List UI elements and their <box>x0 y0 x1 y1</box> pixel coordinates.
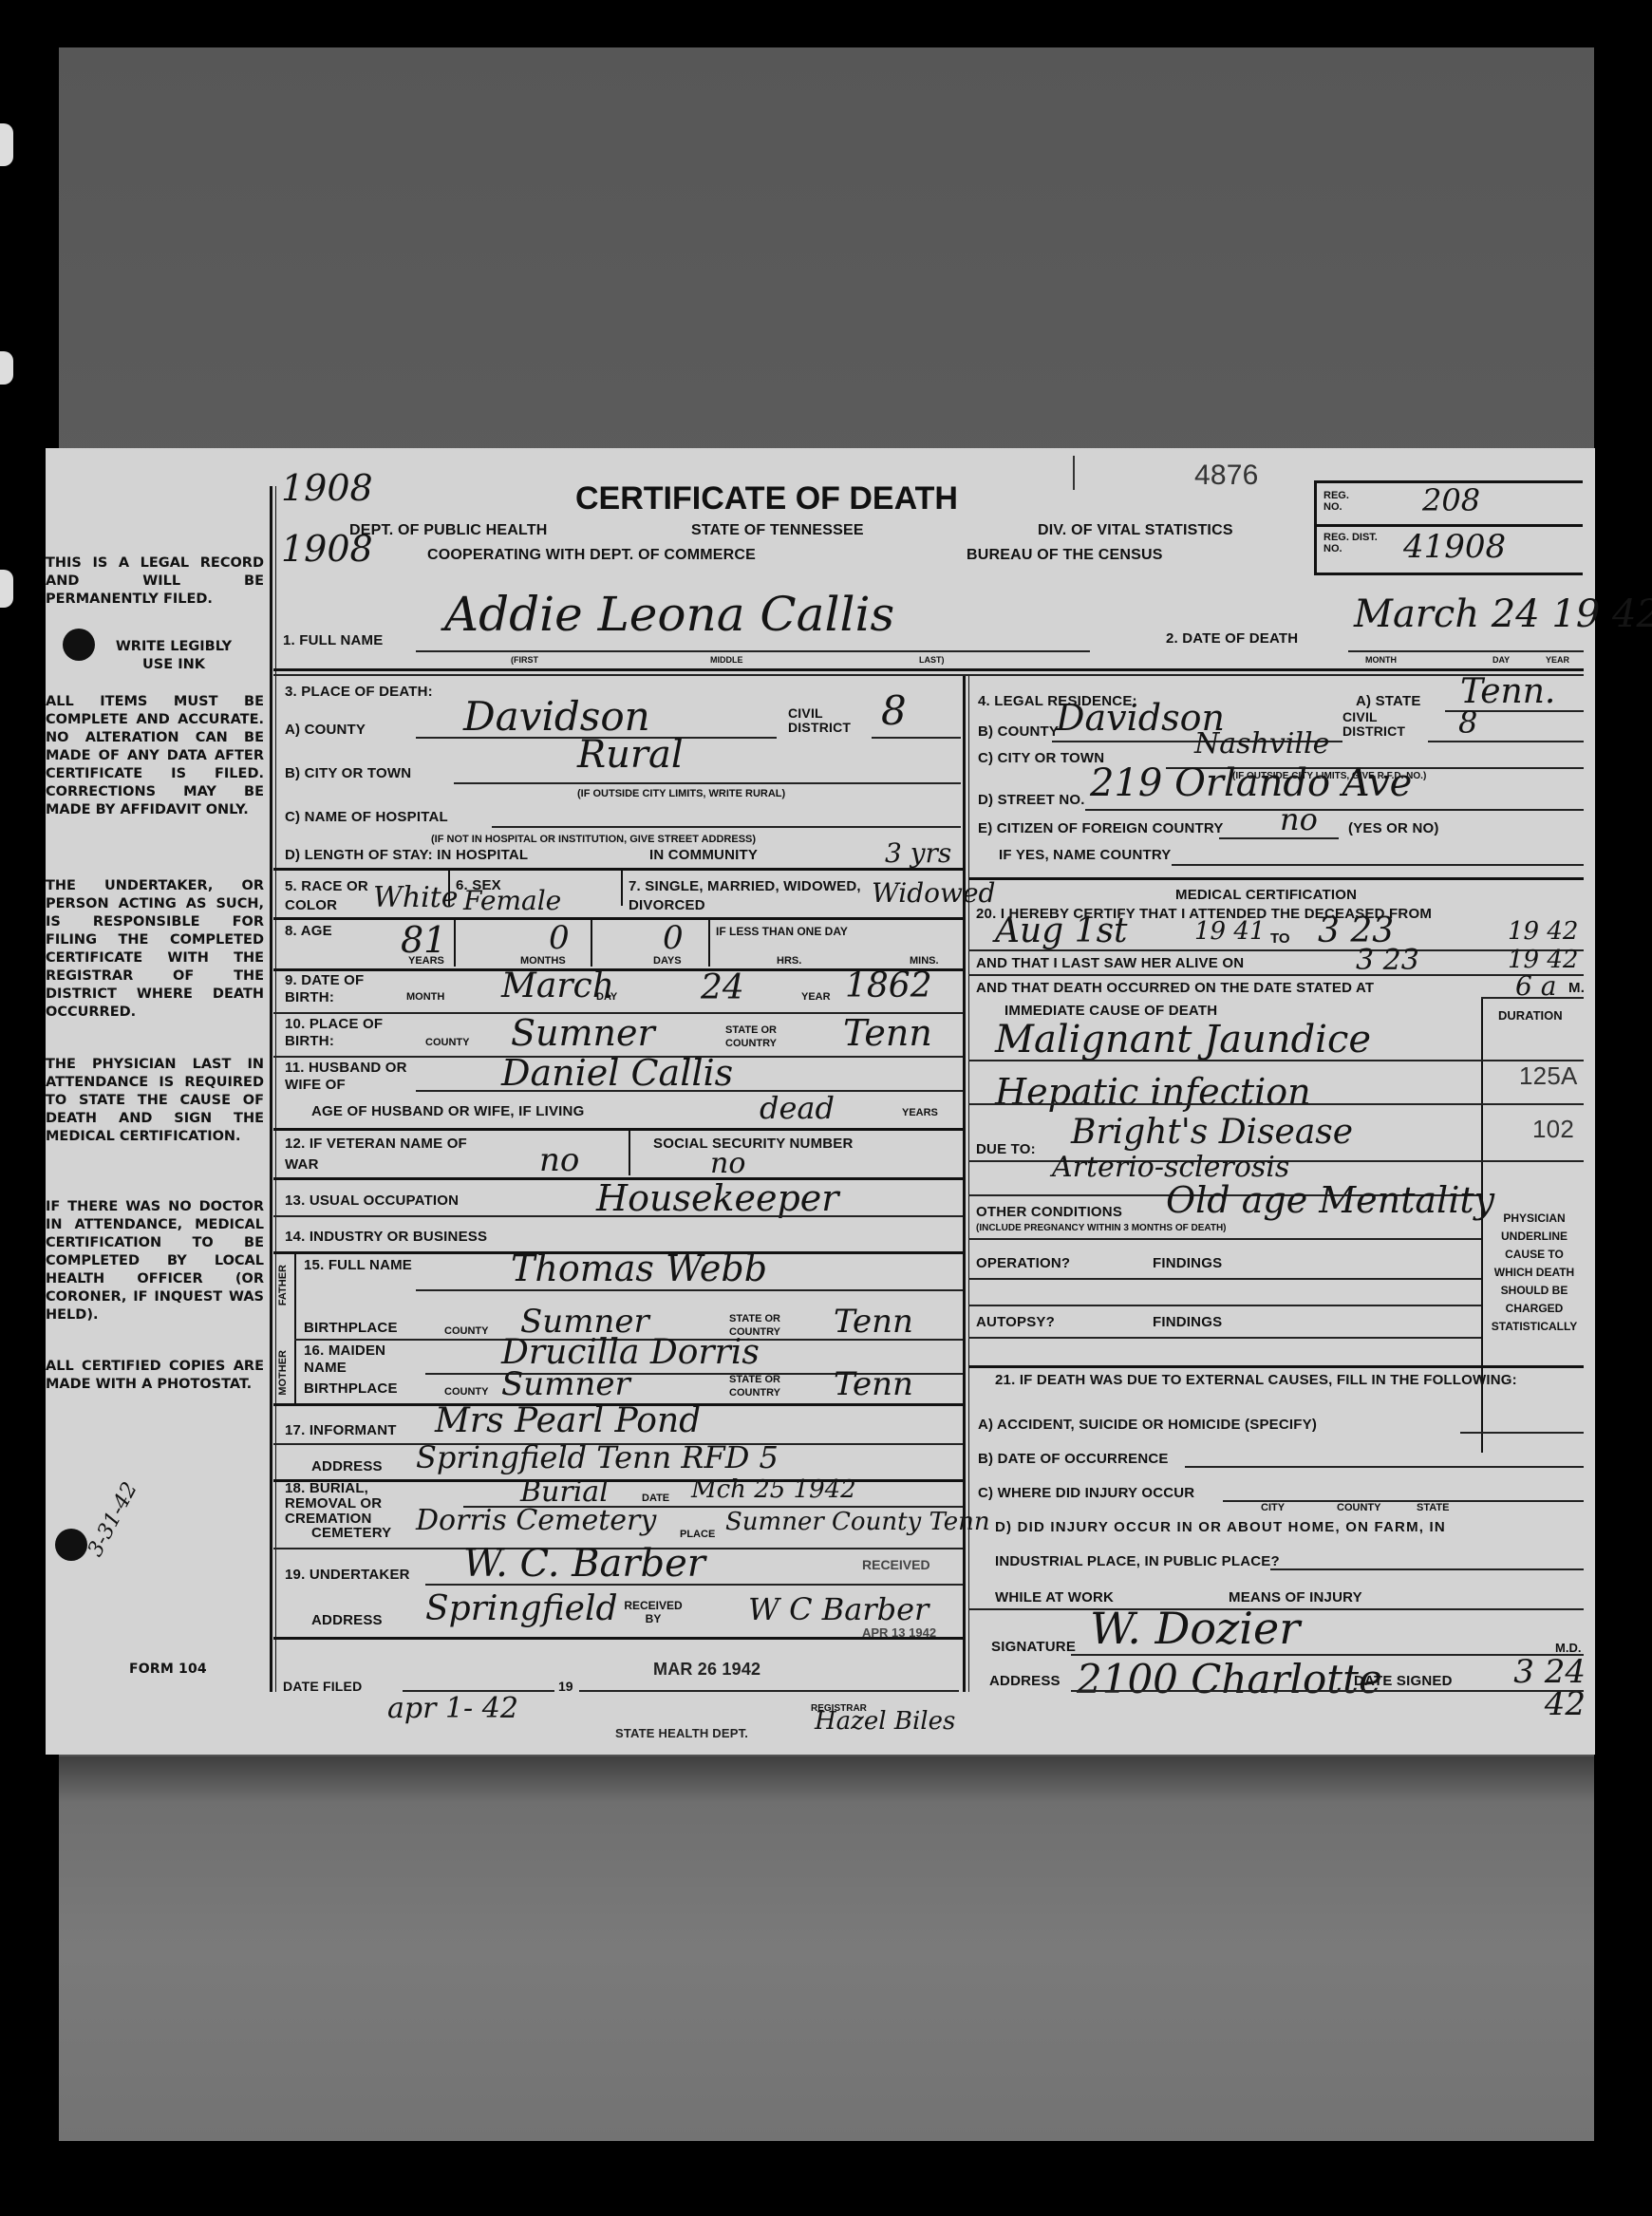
physician-address-value: 2100 Charlotte <box>1077 1656 1382 1702</box>
cell-divider <box>621 870 623 906</box>
occupation-label: 13. USUAL OCCUPATION <box>285 1193 459 1209</box>
hrs-label: HRS. <box>777 955 801 967</box>
reg-no-label: REG. NO. <box>1323 490 1361 513</box>
due-to-value: Bright's Disease <box>1071 1113 1353 1152</box>
spouse-age-value: dead <box>760 1090 835 1126</box>
underline <box>968 1337 1481 1339</box>
cell-divider <box>454 919 456 967</box>
father-state-value: Tenn <box>834 1303 913 1341</box>
date-filed-value: apr 1- 42 <box>387 1692 518 1725</box>
medical-cert-title: MEDICAL CERTIFICATION <box>1175 887 1357 903</box>
injury-state-label: STATE <box>1417 1502 1449 1513</box>
place-label: PLACE <box>680 1529 715 1540</box>
underline <box>1270 1568 1584 1570</box>
other-conditions-note: (INCLUDE PREGNANCY WITHIN 3 MONTHS OF DE… <box>976 1223 1227 1233</box>
community-value: 3 yrs <box>885 837 951 869</box>
sub-year: YEAR <box>1546 655 1569 665</box>
other-conditions-value: Old age Mentality <box>1166 1179 1494 1221</box>
physician-signature: W. Dozier <box>1090 1603 1300 1654</box>
underline <box>968 974 1584 976</box>
mother-birthplace-label: BIRTHPLACE <box>304 1380 398 1397</box>
operation-findings-label: FINDINGS <box>1153 1255 1222 1271</box>
header-cooperating: COOPERATING WITH DEPT. OF COMMERCE <box>427 547 756 564</box>
reg-dist-value: 41908 <box>1403 528 1506 566</box>
underline <box>425 1584 963 1586</box>
mother-state-value: Tenn <box>834 1365 913 1403</box>
registration-divider <box>1314 524 1583 527</box>
father-name-value: Thomas Webb <box>511 1248 767 1289</box>
informant-value: Mrs Pearl Pond <box>435 1401 701 1440</box>
undertaker-address-value: Springfield <box>425 1589 618 1628</box>
cell-divider <box>294 1251 296 1403</box>
occurrence-date-label: B) DATE OF OCCURRENCE <box>978 1451 1169 1467</box>
last-saw-value: 3 23 <box>1356 944 1419 977</box>
date-of-death-value: March 24 19 42 <box>1354 592 1652 636</box>
age-days-value: 0 <box>663 919 684 957</box>
race-value: White <box>373 881 459 914</box>
sidebar-legibly-note: WRITE LEGIBLY USE INK <box>103 638 245 674</box>
street-value: 219 Orlando Ave <box>1090 761 1412 805</box>
margin-note-year: 1908 <box>281 467 373 509</box>
external-causes-label: 21. IF DEATH WAS DUE TO EXTERNAL CAUSES,… <box>995 1373 1574 1388</box>
county-label: A) COUNTY <box>285 722 366 738</box>
underline <box>492 826 961 828</box>
veteran-value: no <box>539 1141 579 1179</box>
marital-status-label: 7. SINGLE, MARRIED, WIDOWED, DIVORCED <box>629 877 894 915</box>
name-country-label: IF YES, NAME COUNTRY <box>999 847 1172 863</box>
mother-county-value: Sumner <box>501 1365 630 1403</box>
sidebar-photostat-note: ALL CERTIFIED COPIES ARE MADE WITH A PHO… <box>46 1358 264 1394</box>
date-signed-label: DATE SIGNED <box>1354 1673 1453 1689</box>
immediate-cause-value-2: Hepatic infection <box>995 1071 1311 1113</box>
header-state: STATE OF TENNESSEE <box>691 522 864 539</box>
age-label: 8. AGE <box>285 923 332 939</box>
section-rule <box>968 1365 1584 1368</box>
birth-state-value: Tenn <box>843 1012 932 1054</box>
birth-year-label: YEAR <box>801 991 831 1003</box>
ssn-value: no <box>710 1147 745 1180</box>
death-time-m: M. <box>1568 980 1585 996</box>
informant-address-label: ADDRESS <box>311 1458 383 1474</box>
attended-to-year: 19 42 <box>1508 917 1578 946</box>
underline <box>1219 837 1339 839</box>
residence-state-label: A) STATE <box>1356 693 1421 709</box>
underline <box>1460 1432 1584 1434</box>
signature-label: SIGNATURE <box>991 1639 1076 1655</box>
immediate-cause-label: IMMEDIATE CAUSE OF DEATH <box>1004 1003 1217 1019</box>
birth-county-value: Sumner <box>511 1012 655 1054</box>
underline <box>968 1305 1481 1306</box>
section-rule <box>968 877 1584 880</box>
punch-hole <box>55 1529 87 1561</box>
residence-civil-value: 8 <box>1458 704 1477 741</box>
marital-status-value: Widowed <box>872 877 995 909</box>
section-rule <box>273 668 1584 671</box>
section-rule <box>273 917 963 920</box>
residence-city-value: Nashville <box>1194 727 1329 761</box>
cell-divider <box>629 1130 630 1175</box>
spouse-label: 11. HUSBAND OR WIFE OF <box>285 1060 408 1094</box>
industry-label: 14. INDUSTRY OR BUSINESS <box>285 1229 487 1245</box>
hospital-label: C) NAME OF HOSPITAL <box>285 809 448 825</box>
citizen-label: E) CITIZEN OF FOREIGN COUNTRY <box>978 820 1224 836</box>
sub-middle: MIDDLE <box>710 655 743 665</box>
immediate-cause-value: Malignant Jaundice <box>995 1018 1371 1061</box>
residence-civil-label: CIVIL DISTRICT <box>1342 710 1428 739</box>
place-of-death-label: 3. PLACE OF DEATH: <box>285 684 433 700</box>
less-than-day-label: IF LESS THAN ONE DAY <box>716 925 848 938</box>
spouse-age-years-label: YEARS <box>902 1107 938 1118</box>
injury-place-label: C) WHERE DID INJURY OCCUR <box>978 1485 1194 1501</box>
operation-label: OPERATION? <box>976 1255 1070 1271</box>
mother-county-label: COUNTY <box>444 1386 488 1398</box>
mother-name-label: 16. MAIDEN NAME <box>304 1343 427 1377</box>
underline <box>968 949 1584 951</box>
received-by-label: RECEIVED BY <box>615 1599 691 1625</box>
stamp-number: 4876 <box>1194 460 1259 492</box>
spouse-age-label: AGE OF HUSBAND OR WIFE, IF LIVING <box>311 1103 584 1119</box>
border-rule <box>270 486 272 1692</box>
full-name-label: 1. FULL NAME <box>283 632 383 648</box>
underline <box>416 1090 963 1092</box>
birth-day-value: 24 <box>701 968 744 1007</box>
reg-dist-label: REG. DIST. NO. <box>1323 532 1380 554</box>
age-months-label: MONTHS <box>520 955 566 967</box>
film-sprocket <box>0 351 13 385</box>
age-months-value: 0 <box>549 919 570 957</box>
form-number: FORM 104 <box>129 1662 207 1677</box>
injury-location-label: D) DID INJURY OCCUR IN OR ABOUT HOME, ON… <box>995 1519 1446 1535</box>
header-division: DIV. OF VITAL STATISTICS <box>1038 522 1233 539</box>
sub-last: LAST) <box>919 655 945 665</box>
cell-divider <box>591 919 592 967</box>
injury-city-label: CITY <box>1261 1502 1285 1513</box>
death-certificate: THIS IS A LEGAL RECORD AND WILL BE PERMA… <box>46 448 1595 1755</box>
microfilm-background-bottom <box>59 1756 1594 2141</box>
cause-code-2: 102 <box>1532 1115 1574 1144</box>
filed-stamp: MAR 26 1942 <box>653 1660 760 1680</box>
section-rule <box>1481 997 1584 999</box>
underline <box>416 650 1090 652</box>
section-rule <box>273 1215 963 1217</box>
street-label: D) STREET NO. <box>978 792 1085 808</box>
cause-code-1: 125A <box>1519 1061 1578 1091</box>
underline <box>1172 864 1584 866</box>
city-label: B) CITY OR TOWN <box>285 765 411 781</box>
burial-place-value: Sumner County Tenn <box>725 1508 990 1536</box>
last-saw-line: AND THAT I LAST SAW HER ALIVE ON <box>976 955 1244 971</box>
death-civil-district-value: 8 <box>881 687 907 734</box>
date-signed-value: 3 24 42 <box>1491 1656 1586 1720</box>
due-to-label: DUE TO: <box>976 1141 1036 1157</box>
duration-label: DURATION <box>1498 1008 1563 1023</box>
autopsy-findings-label: FINDINGS <box>1153 1314 1222 1330</box>
age-days-label: DAYS <box>653 955 682 967</box>
death-time-line: AND THAT DEATH OCCURRED ON THE DATE STAT… <box>976 980 1374 996</box>
birth-place-label: 10. PLACE OF BIRTH: <box>285 1016 399 1050</box>
death-city-value: Rural <box>577 733 684 777</box>
injury-county-label: COUNTY <box>1337 1502 1380 1513</box>
sidebar-items-note: ALL ITEMS MUST BE COMPLETE AND ACCURATE.… <box>46 693 264 819</box>
sidebar-physician-note: THE PHYSICIAN LAST IN ATTENDANCE IS REQU… <box>46 1056 264 1146</box>
state-health-stamp: STATE HEALTH DEPT. <box>615 1726 748 1740</box>
sub-month: MONTH <box>1365 655 1397 665</box>
cemetery-value: Dorris Cemetery <box>416 1504 656 1537</box>
age-years-label: YEARS <box>408 955 444 967</box>
header-dept: DEPT. OF PUBLIC HEALTH <box>349 522 548 539</box>
underline <box>1348 650 1584 652</box>
column-divider <box>963 676 966 1692</box>
to-label: TO <box>1270 930 1290 947</box>
birth-month-label: MONTH <box>406 991 444 1003</box>
burial-label: 18. BURIAL, REMOVAL OR CREMATION <box>285 1481 427 1527</box>
physician-underline-note: PHYSICIAN UNDERLINE CAUSE TO WHICH DEATH… <box>1487 1210 1582 1336</box>
other-conditions-label: OTHER CONDITIONS <box>976 1204 1122 1220</box>
spouse-value: Daniel Callis <box>501 1052 733 1094</box>
stay-label: D) LENGTH OF STAY: IN HOSPITAL <box>285 847 528 863</box>
occupation-value: Housekeeper <box>596 1177 838 1219</box>
undertaker-label: 19. UNDERTAKER <box>285 1567 410 1583</box>
reg-no-value: 208 <box>1422 482 1480 518</box>
birth-date-label: 9. DATE OF BIRTH: <box>285 972 399 1006</box>
cemetery-label: CEMETERY <box>311 1525 391 1541</box>
sidebar-undertaker-note: THE UNDERTAKER, OR PERSON ACTING AS SUCH… <box>46 877 264 1022</box>
registrar-value: Hazel Biles <box>815 1707 955 1736</box>
sidebar-legal-note: THIS IS A LEGAL RECORD AND WILL BE PERMA… <box>46 554 264 609</box>
underline <box>1185 1466 1584 1468</box>
date-of-death-label: 2. DATE OF DEATH <box>1166 630 1298 647</box>
section-rule <box>273 868 963 871</box>
mother-side-label: MOTHER <box>277 1350 289 1396</box>
burial-date-label: DATE <box>642 1493 669 1504</box>
autopsy-label: AUTOPSY? <box>976 1314 1055 1330</box>
full-name-value: Addie Leona Callis <box>444 587 894 642</box>
column-divider <box>968 676 969 1692</box>
section-rule <box>273 1128 963 1131</box>
hospital-note: (IF NOT IN HOSPITAL OR INSTITUTION, GIVE… <box>431 834 756 845</box>
attended-from-value: Aug 1st <box>995 911 1128 950</box>
informant-address-value: Springfield Tenn RFD 5 <box>416 1439 779 1475</box>
citizen-note: (YES OR NO) <box>1348 820 1439 836</box>
underline <box>1071 1690 1584 1692</box>
film-sprocket <box>0 123 13 166</box>
physician-address-label: ADDRESS <box>989 1673 1061 1689</box>
residence-city-label: C) CITY OR TOWN <box>978 750 1104 766</box>
sex-value: Female <box>463 885 561 916</box>
date-filed-label: DATE FILED <box>283 1679 362 1694</box>
certificate-title: CERTIFICATE OF DEATH <box>575 480 958 517</box>
undertaker-address-label: ADDRESS <box>311 1612 383 1628</box>
sub-first: (FIRST <box>511 655 538 665</box>
sidebar-no-doctor-note: IF THERE WAS NO DOCTOR IN ATTENDANCE, ME… <box>46 1198 264 1324</box>
border-rule <box>275 486 276 1692</box>
section-rule <box>273 1637 963 1640</box>
community-label: IN COMMUNITY <box>649 847 758 863</box>
birth-state-label: STATE OR COUNTRY <box>725 1023 801 1050</box>
mother-state-label: STATE OR COUNTRY <box>729 1373 805 1399</box>
underline <box>968 1238 1481 1240</box>
veteran-label: 12. IF VETERAN NAME OF WAR <box>285 1134 475 1175</box>
underline <box>579 1690 959 1692</box>
city-note: (IF OUTSIDE CITY LIMITS, WRITE RURAL) <box>577 788 785 799</box>
citizen-value: no <box>1280 801 1318 837</box>
section-rule <box>273 674 1584 676</box>
punch-hole <box>63 629 95 661</box>
header-bureau: BUREAU OF THE CENSUS <box>967 547 1163 564</box>
residence-county-label: B) COUNTY <box>978 723 1059 740</box>
attended-from-year: 19 41 <box>1194 917 1265 946</box>
film-sprocket <box>0 570 13 608</box>
father-side-label: FATHER <box>277 1265 289 1305</box>
underline <box>872 737 961 739</box>
birth-year-value: 1862 <box>845 967 932 1005</box>
cell-divider <box>708 919 710 967</box>
underline <box>454 782 961 784</box>
underline <box>1085 809 1584 811</box>
underline <box>1428 741 1584 742</box>
stamp-mark <box>1073 456 1075 490</box>
cell-divider <box>448 870 450 906</box>
birth-county-label: COUNTY <box>425 1037 469 1048</box>
father-name-label: 15. FULL NAME <box>304 1257 418 1274</box>
birth-day-label: DAY <box>596 991 617 1003</box>
received-by-value: W C Barber <box>748 1591 929 1627</box>
underline <box>416 1289 963 1291</box>
underline <box>968 1103 1584 1105</box>
burial-date-value: Mch 25 1942 <box>691 1475 856 1504</box>
informant-label: 17. INFORMANT <box>285 1422 397 1438</box>
father-county-label: COUNTY <box>444 1325 488 1337</box>
undertaker-value: W. C. Barber <box>463 1542 705 1586</box>
margin-date-note: 3-31-42 <box>84 1478 142 1561</box>
ssn-label: SOCIAL SECURITY NUMBER <box>653 1136 854 1152</box>
date-filed-19: 19 <box>558 1679 573 1694</box>
accident-label: A) ACCIDENT, SUICIDE OR HOMICIDE (SPECIF… <box>978 1417 1317 1433</box>
civil-district-label: CIVIL DISTRICT <box>788 706 873 735</box>
father-birthplace-label: BIRTHPLACE <box>304 1320 398 1336</box>
underline <box>968 1060 1584 1061</box>
injury-location-label-2: INDUSTRIAL PLACE, IN PUBLIC PLACE? <box>995 1553 1280 1569</box>
received-stamp: RECEIVED <box>862 1557 930 1572</box>
mins-label: MINS. <box>910 955 939 967</box>
sub-day: DAY <box>1492 655 1510 665</box>
underline <box>968 1278 1481 1280</box>
